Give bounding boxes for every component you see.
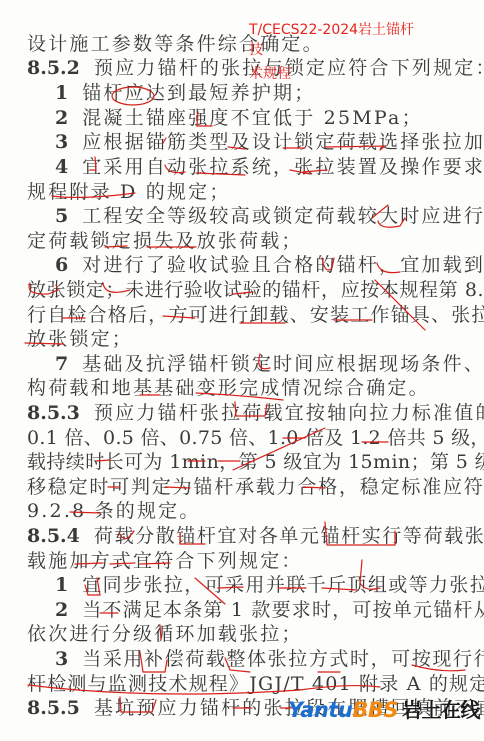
text-line: 0.1 倍、0.5 倍、0.75 倍、1.0 倍及 1.2 倍共 5 级，且前 … [27,427,484,449]
item-number: 5 [55,205,68,227]
line-text: 载施加方式宜符合下列规定： [27,550,303,572]
text-line: 行自检合格后，方可进行卸载、安装工作锚具、张拉至放张荷载后 [27,304,484,326]
text-line: 杆检测与监测技术规程》JGJ/T 401 附录 A 的规定执行。 [27,673,484,695]
line-text: 杆检测与监测技术规程》JGJ/T 401 附录 A 的规定执行。 [27,673,484,695]
text-line: 放张锁定；未进行验收试验的锚杆，应按本规程第 8.5.4 条规定进 [27,279,484,301]
line-text: 构荷载和地基基础变形完成情况综合确定。 [27,377,430,399]
item-4: 4宜采用自动张拉系统，张拉装置及操作要求，并应符合本 [55,156,484,178]
line-text: 当采用补偿荷载整体张拉方式时，可按现行行业标准《锚 [82,648,484,670]
line-text: 放张锁定；未进行验收试验的锚杆，应按本规程第 8.5.4 条规定进 [27,279,484,301]
text-line: 定荷载锁定损失及放张荷载； [27,230,303,252]
item-number: 2 [55,107,68,129]
item-7: 7基础及抗浮锚杆锁定时间应根据现场条件、地质条件、结 [55,353,484,375]
line-text: 移稳定时可判定为锚杆承载力合格，稳定标准应符合本规程第 [27,476,484,498]
clause-8-5-4: 8.5.4荷载分散锚杆宜对各单元锚杆实行等荷载张拉及锁定，荷 [27,525,484,547]
clause-number: 8.5.4 [27,525,80,547]
line-text: 9.2.8 条的规定。 [27,500,201,522]
document-page: 设计施工参数等条件综合确定。 8.5.2预应力锚杆的张拉与锁定应符合下列规定： … [0,0,484,741]
item-6: 6对进行了验收试验且合格的锚杆，宜加载到放张荷载后再 [55,254,484,276]
clause-number: 8.5.3 [27,402,80,424]
line-text: 宜同步张拉，可采用并联千斤顶组或等力张拉千斤顶； [82,574,484,596]
yantubbs-logo: YantuBBS岩土在线 [288,694,480,723]
item-3: 3应根据锚筋类型及设计锁定荷载选择张拉加载装置； [55,131,484,153]
line-text: 载持续时长可为 1min，第 5 级宜为 15min；第 5 级荷载下锚杆位 [27,451,484,473]
watermark-title-line2: 术规程 [249,64,419,84]
item-number: 3 [55,648,68,670]
clause-number: 8.5.5 [27,697,80,719]
line-text: 基础及抗浮锚杆锁定时间应根据现场条件、地质条件、结 [82,353,484,375]
item-5: 5工程安全等级较高或锁定荷载较大时应进行锁损试验，测 [55,205,484,227]
clause-number: 8.5.2 [27,57,80,79]
text-line: 移稳定时可判定为锚杆承载力合格，稳定标准应符合本规程第 [27,476,484,498]
text-line: 依次进行分级循环加载张拉； [27,623,303,645]
line-text: 定荷载锁定损失及放张荷载； [27,230,303,252]
line-text: 锚杆应达到最短养护期； [82,82,315,104]
item-3: 3当采用补偿荷载整体张拉方式时，可按现行行业标准《锚 [55,648,484,670]
item-number: 3 [55,131,68,153]
line-text: 对进行了验收试验且合格的锚杆，宜加载到放张荷载后再 [82,254,484,276]
logo-yantu: Yantu [288,698,352,722]
line-text: 0.1 倍、0.5 倍、0.75 倍、1.0 倍及 1.2 倍共 5 级，且前 … [27,427,484,449]
line-text: 行自检合格后，方可进行卸载、安装工作锚具、张拉至放张荷载后 [27,304,484,326]
text-line: 构荷载和地基基础变形完成情况综合确定。 [27,377,430,399]
line-text: 混凝土锚座强度不宜低于 25MPa； [82,107,423,129]
item-2: 2混凝土锚座强度不宜低于 25MPa； [55,107,423,129]
line-text: 应根据锚筋类型及设计锁定荷载选择张拉加载装置； [82,131,484,153]
watermark-title-line1: T/CECS22-2024岩土锚杆技 [249,22,414,58]
item-1: 1锚杆应达到最短养护期； [55,82,315,104]
text-line: 放张锁定； [27,328,133,350]
text-line: 载施加方式宜符合下列规定： [27,550,303,572]
logo-bbs: BBS [352,698,398,722]
line-text: 规程附录 D 的规定； [27,181,231,203]
line-text: 宜采用自动张拉系统，张拉装置及操作要求，并应符合本 [82,156,484,178]
clause-8-5-3: 8.5.3预应力锚杆张拉荷载宜按轴向拉力标准值的倍数分为 [27,402,484,424]
item-number: 7 [55,353,68,375]
item-1: 1宜同步张拉，可采用并联千斤顶组或等力张拉千斤顶； [55,574,484,596]
watermark-title: T/CECS22-2024岩土锚杆技 术规程 [249,20,419,84]
line-text: 依次进行分级循环加载张拉； [27,623,303,645]
item-number: 2 [55,599,68,621]
item-number: 6 [55,254,68,276]
item-number: 1 [55,82,68,104]
logo-cn: 岩土在线 [402,698,480,722]
text-line: 载持续时长可为 1min，第 5 级宜为 15min；第 5 级荷载下锚杆位 [27,451,484,473]
text-line: 9.2.8 条的规定。 [27,500,201,522]
line-text: 荷载分散锚杆宜对各单元锚杆实行等荷载张拉及锁定，荷 [94,525,484,547]
item-number: 4 [55,156,68,178]
item-2: 2当不满足本条第 1 款要求时，可按单元锚杆从短到长顺序 [55,599,484,621]
line-text: 工程安全等级较高或锁定荷载较大时应进行锁损试验，测 [82,205,484,227]
line-text: 预应力锚杆张拉荷载宜按轴向拉力标准值的倍数分为 [94,402,484,424]
item-number: 1 [55,574,68,596]
line-text: 当不满足本条第 1 款要求时，可按单元锚杆从短到长顺序 [82,599,484,621]
text-line: 规程附录 D 的规定； [27,181,231,203]
line-text: 放张锁定； [27,328,133,350]
